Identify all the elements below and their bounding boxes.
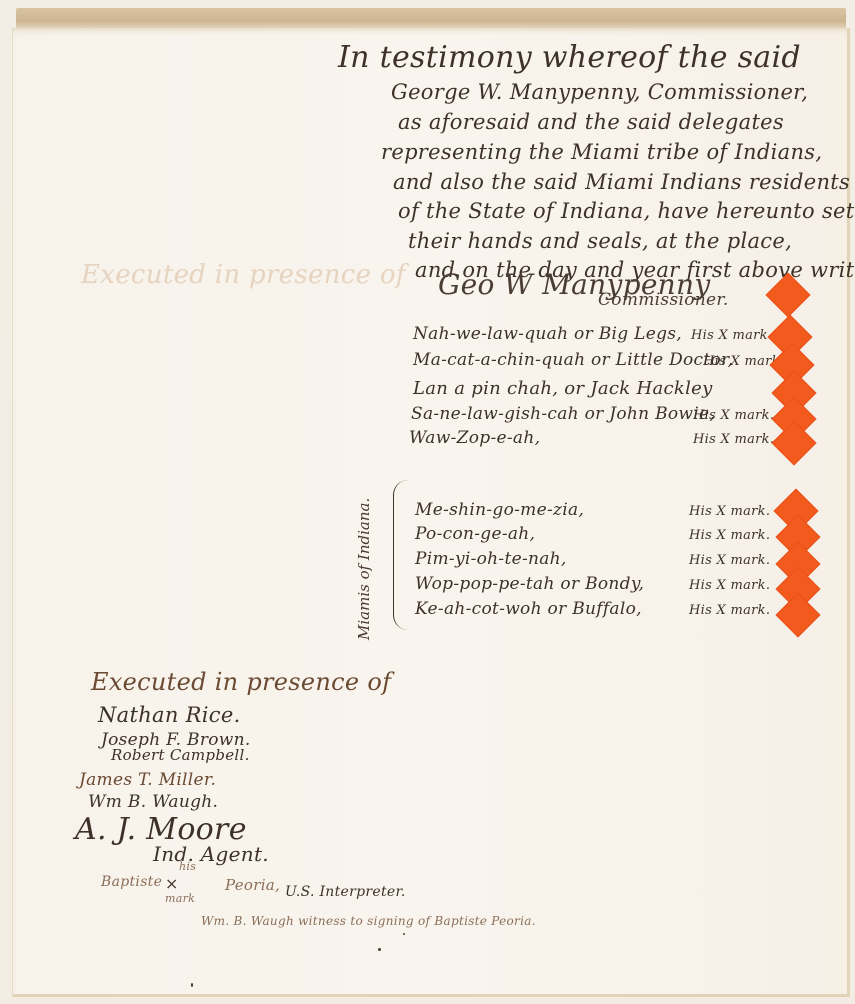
page-top-fold <box>16 8 846 30</box>
x-mark: × <box>165 874 179 893</box>
interpreter-last-name: Peoria, <box>225 876 280 894</box>
commissioner-title: Commissioner. <box>598 290 729 310</box>
his-label: his <box>179 860 196 873</box>
testimony-line: George W. Manypenny, Commissioner, <box>391 80 808 104</box>
interpreter-first-name: Baptiste <box>101 874 162 890</box>
delegate-name: Ma-cat-a-chin-quah or Little Doctor, <box>413 350 733 370</box>
delegate-mark: His X mark. <box>689 504 770 519</box>
delegate-mark: His X mark. <box>689 553 770 568</box>
delegate-name: Ke-ah-cot-woh or Buffalo, <box>415 599 642 619</box>
testimony-line: and also the said Miami Indians resident… <box>393 170 850 194</box>
testimony-line: of the State of Indiana, have hereunto s… <box>398 199 855 223</box>
delegate-name: Waw-Zop-e-ah, <box>409 428 540 448</box>
witness-name: Robert Campbell. <box>111 746 250 764</box>
delegate-name: Sa-ne-law-gish-cah or John Bowie, <box>411 404 715 424</box>
ink-speck <box>191 983 193 987</box>
wax-seal <box>773 422 815 464</box>
delegate-name: Lan a pin chah, or Jack Hackley <box>413 378 713 399</box>
testimony-line: as aforesaid and the said delegates <box>398 110 784 134</box>
delegate-name: Me-shin-go-me-zia, <box>415 500 584 520</box>
mark-label: mark <box>165 892 195 905</box>
witnesses-heading: Executed in presence of <box>91 668 391 696</box>
delegate-name: Wop-pop-pe-tah or Bondy, <box>415 574 644 594</box>
delegate-mark: His X mark. <box>689 603 770 618</box>
attestation-note: Wm. B. Waugh witness to signing of Bapti… <box>201 914 536 928</box>
testimony-line: representing the Miami tribe of Indians, <box>381 140 822 164</box>
brace-symbol <box>393 480 408 630</box>
witness-name: Wm B. Waugh. <box>88 792 218 812</box>
interpreter-title: U.S. Interpreter. <box>285 884 406 900</box>
delegate-name: Pim-yi-oh-te-nah, <box>415 549 567 569</box>
delegate-mark: His X mark. <box>689 528 770 543</box>
testimony-line: their hands and seals, at the place, <box>408 229 792 253</box>
ink-speck <box>378 948 381 951</box>
delegate-mark: His X mark. <box>693 408 774 423</box>
delegate-mark: His X mark. <box>693 432 774 447</box>
wax-seal <box>777 594 819 636</box>
delegate-mark: His X mark. <box>689 578 770 593</box>
delegate-mark: His X mark. <box>691 328 772 343</box>
group-label: Miamis of Indiana. <box>355 498 373 640</box>
witness-name: James T. Miller. <box>79 770 216 790</box>
bleed-through-text: Executed in presence of <box>81 260 406 290</box>
testimony-line: In testimony whereof the said <box>338 40 801 75</box>
witness-name: Nathan Rice. <box>98 703 241 727</box>
witness-title: Ind. Agent. <box>153 842 269 866</box>
delegate-name: Po-con-ge-ah, <box>415 524 535 544</box>
delegate-name: Nah-we-law-quah or Big Legs, <box>413 324 682 344</box>
manuscript-page: In testimony whereof the said George W. … <box>12 28 850 997</box>
ink-speck <box>403 933 405 935</box>
